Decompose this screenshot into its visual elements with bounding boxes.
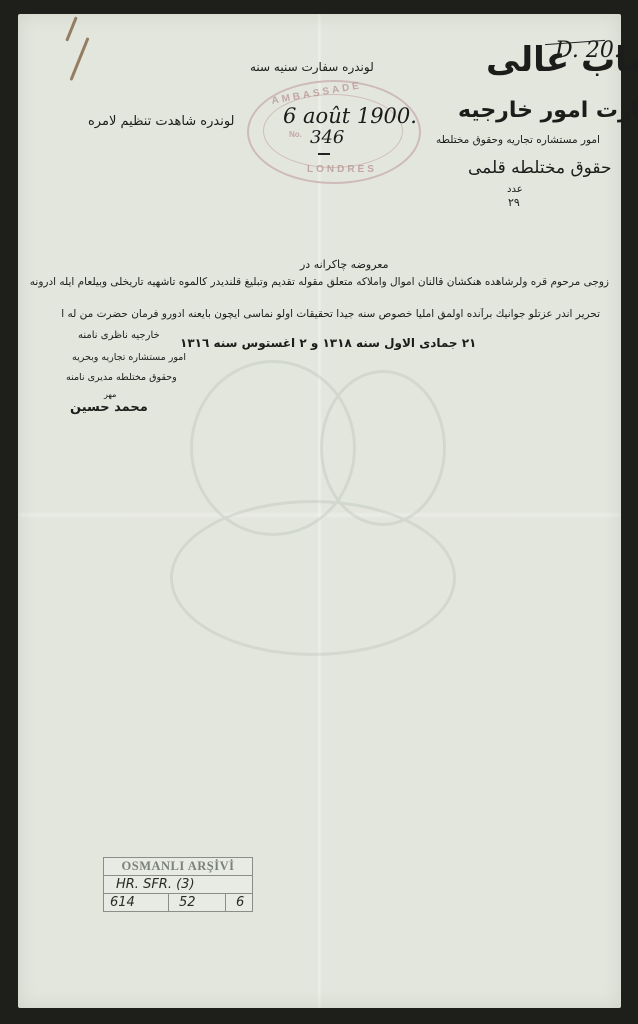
archive-number: 52 xyxy=(169,894,226,911)
signature-line: وحقوق مختلطه مديرى نامنه xyxy=(66,372,177,383)
archive-title: OSMANLI ARŞİVİ xyxy=(104,858,252,876)
ref-label: عدد xyxy=(507,184,523,195)
ref-number: ٢٩ xyxy=(508,196,520,209)
archive-numbers-row: 614 52 6 xyxy=(104,894,252,911)
ministry-name: نظارت امور خارجيه xyxy=(458,98,638,123)
watermark-emblem xyxy=(170,350,470,660)
archive-number: 614 xyxy=(104,894,169,911)
stamp-handwritten-date: 6 août 1900. xyxy=(283,104,417,128)
top-center-heading: لوندره سفارت سنيه سنه xyxy=(250,60,374,74)
archive-number: 6 xyxy=(226,894,244,911)
stamp-no-label: No. xyxy=(289,130,302,139)
stamp-handwritten-number: 346 xyxy=(310,127,344,148)
archive-collection-row: HR. SFR. (3) xyxy=(104,876,252,894)
body-line-1: زوجى مرحوم قره ولرشاهده هنكشان قالنان ام… xyxy=(24,276,609,288)
signature-line: خارجيه ناظرى نامنه xyxy=(78,330,160,341)
ministry-subline: امور مستشاره تجاريه وحقوق مختلطه xyxy=(436,134,600,146)
archive-collection: HR. SFR. (3) xyxy=(104,876,195,893)
salutation: معروضه چاكرانه در xyxy=(300,258,389,271)
archive-label: OSMANLI ARŞİVİ HR. SFR. (3) 614 52 6 xyxy=(103,857,253,912)
signature-line: مهر xyxy=(104,390,116,399)
stamp-bottom-text: LONDRES xyxy=(307,164,377,175)
body-line-2: تحرير اندر عزتلو جوانيك برآنده اولمق امل… xyxy=(62,308,600,320)
tughra-emblem: باب عالى xyxy=(486,40,638,80)
top-left-note: لوندره شاهدت تنظيم لامره xyxy=(88,114,235,129)
signature-line: امور مستشاره تجاريه وبحريه xyxy=(72,352,186,363)
watermark-ring xyxy=(170,500,456,656)
stamp-number-underline xyxy=(318,153,330,155)
signature: محمد حسين xyxy=(70,400,148,415)
date-line: ٢١ جمادى الاول سنه ١٣١٨ و ٢ اغستوس سنه ١… xyxy=(180,336,476,350)
department-name: حقوق مختلطه قلمى xyxy=(468,158,612,178)
